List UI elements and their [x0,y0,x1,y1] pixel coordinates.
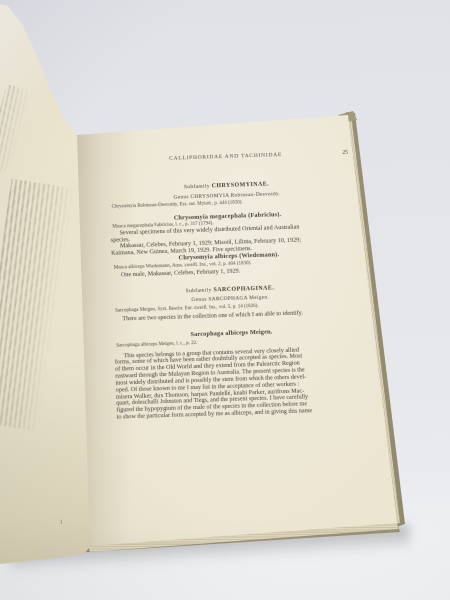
subfamily-name: CHRYSOMYINAE. [212,181,270,189]
page-number: 25 [342,150,348,156]
subfamily-label: Subfamily [186,287,212,294]
pencil-page-mark: 1 [60,520,63,526]
species-discussion-paragraph: This species belongs to a group that con… [109,345,358,422]
book-photo: CALLIPHORIDAE AND TACHINIDAE 25 Subfamil… [0,0,450,600]
page-text-block: CALLIPHORIDAE AND TACHINIDAE 25 Subfamil… [102,148,358,431]
subfamily-name: SARCOPHAGINAE. [213,285,274,293]
subfamily-label: Subfamily [184,183,210,190]
running-head-title: CALLIPHORIDAE AND TACHINIDAE [169,152,282,162]
